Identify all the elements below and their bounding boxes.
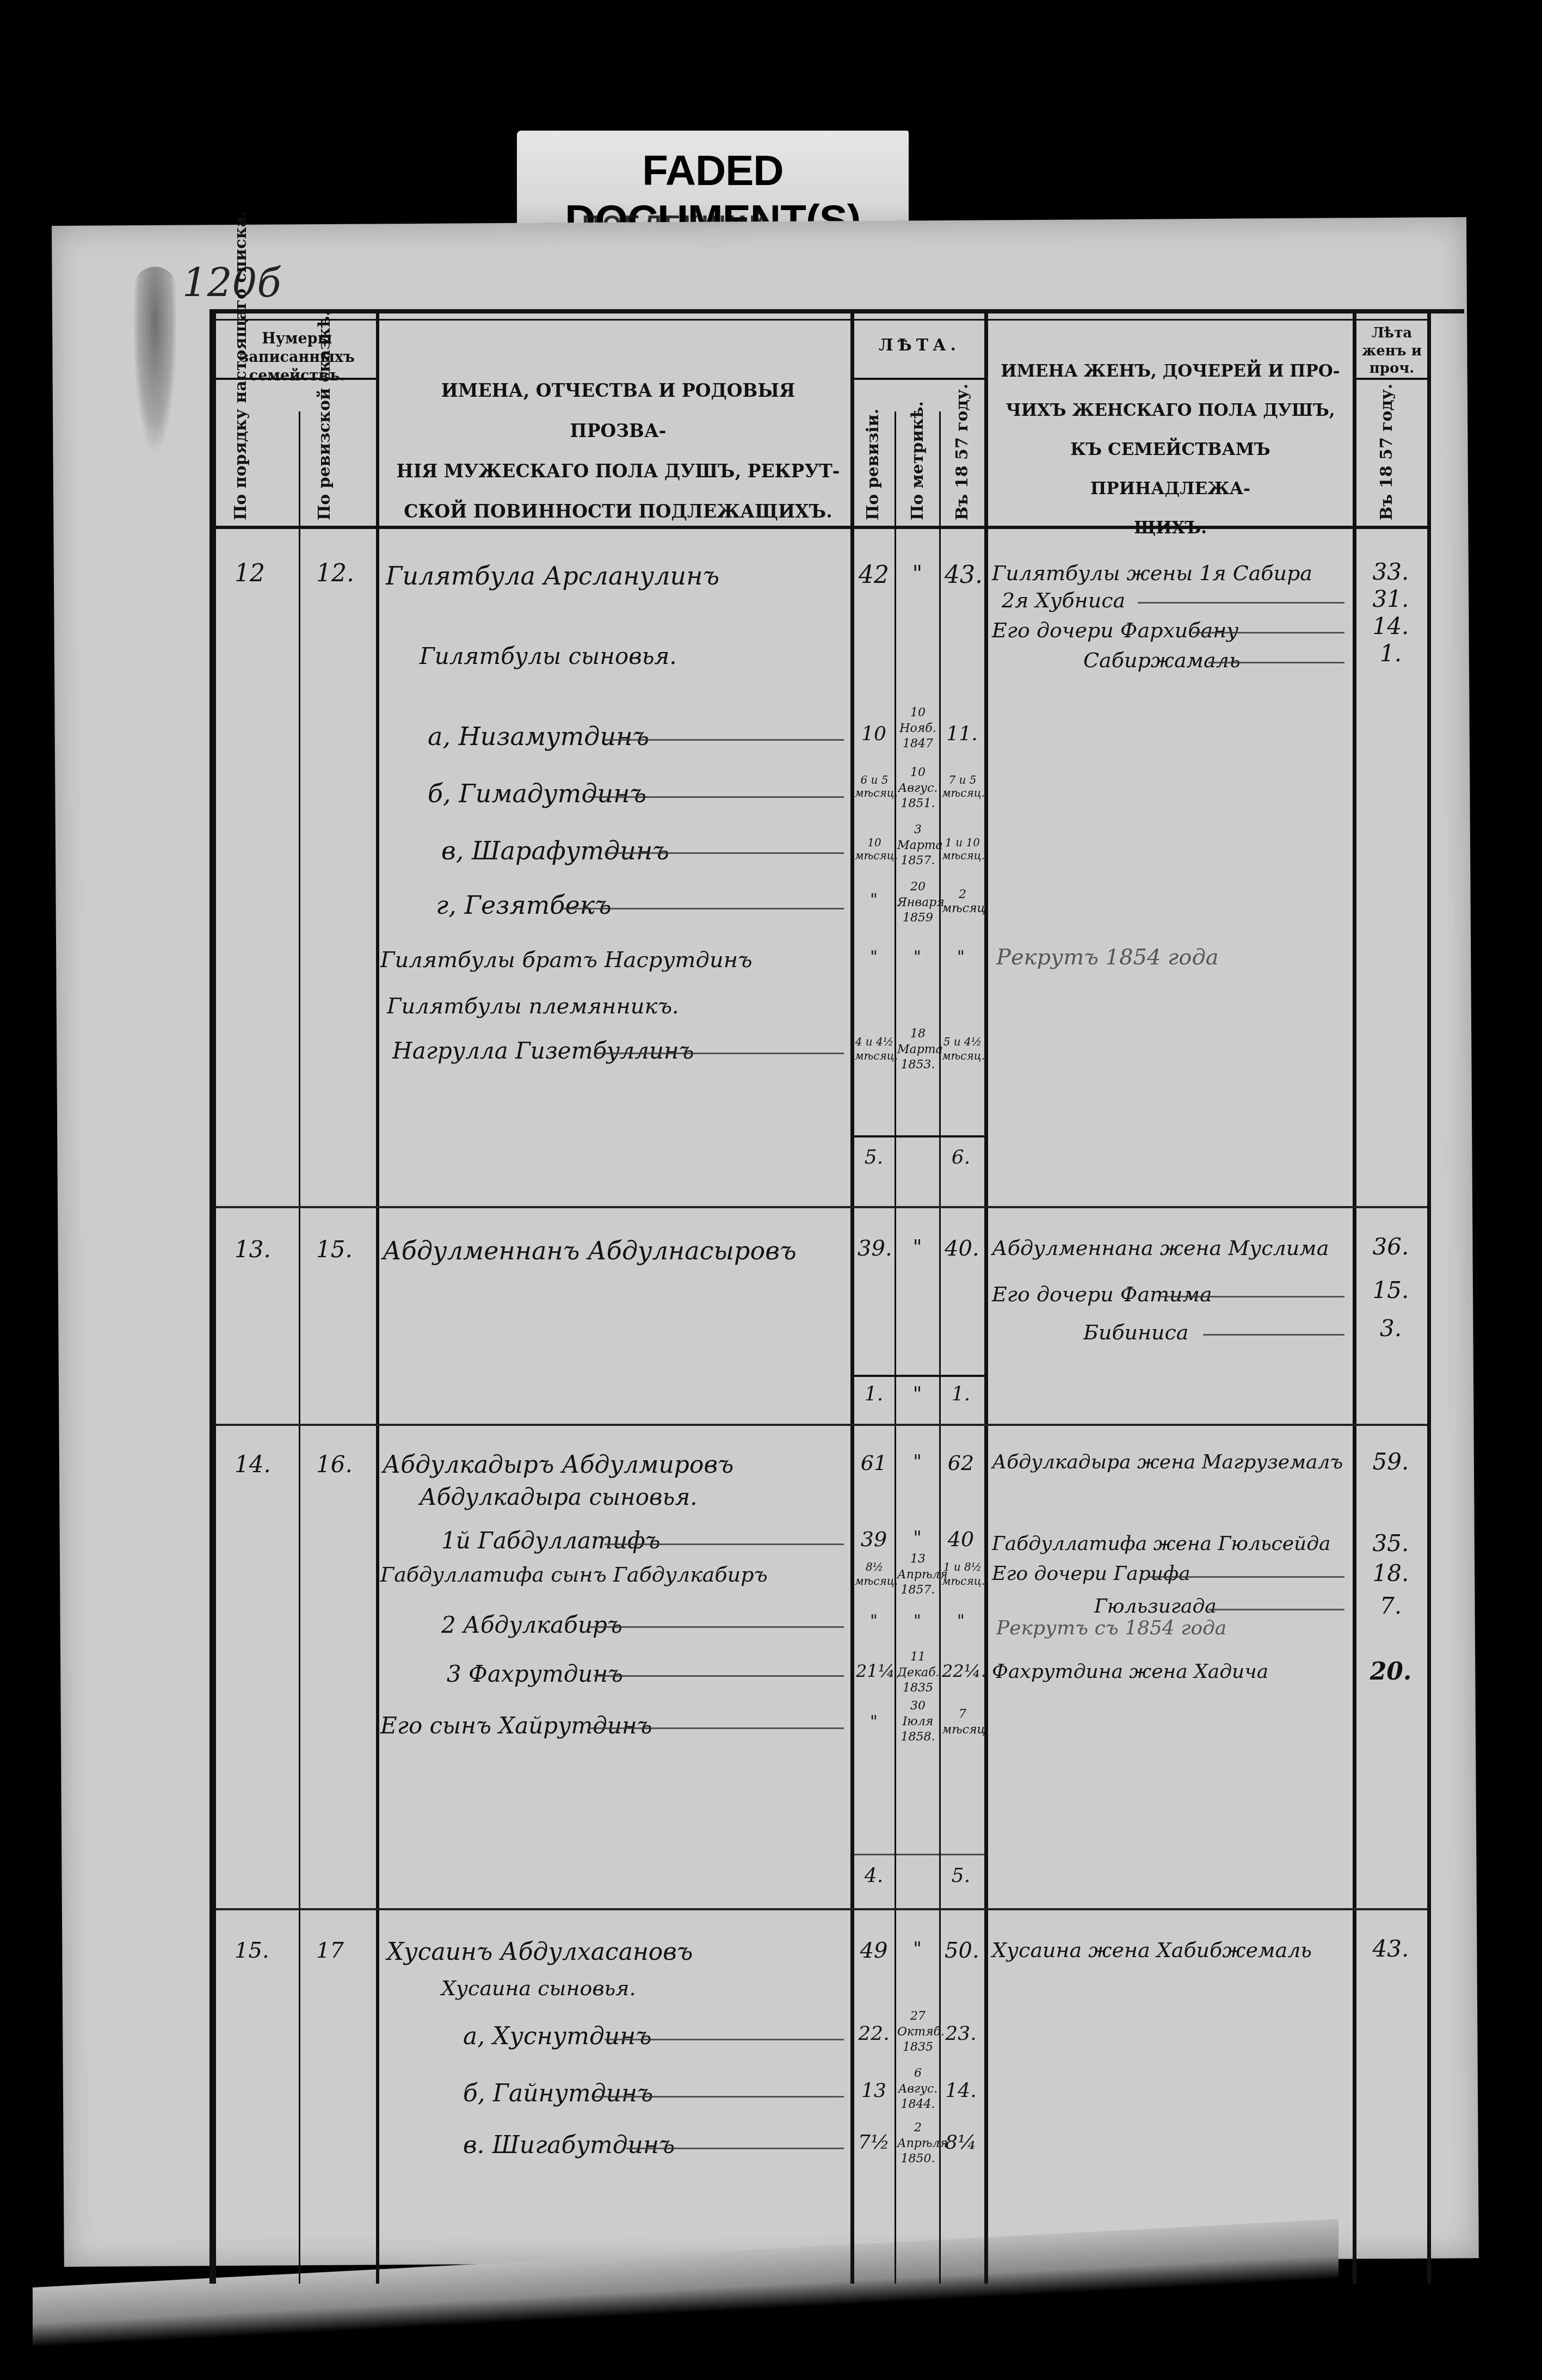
revision-table: Нумеры записанныхъ семействъ. По порядку… bbox=[209, 309, 1464, 2284]
family-list-no: 15. bbox=[235, 1938, 269, 1963]
female-name: Фахрутдина жена Хадича bbox=[992, 1661, 1268, 1683]
totals-rule bbox=[854, 1135, 984, 1137]
age-revision: 13 bbox=[858, 2080, 890, 2102]
age-in-year: 14. bbox=[945, 2080, 977, 2102]
male-name: Его сынъ Хайрутдинъ bbox=[380, 1712, 652, 1739]
leader-dash bbox=[605, 2039, 844, 2040]
header-female-years: Лѣта женъ и проч. bbox=[1358, 324, 1426, 378]
age-metric: 30 Іюля 1858. bbox=[897, 1699, 939, 1745]
female-name: Габдуллатифа жена Гюльсейда bbox=[992, 1533, 1331, 1555]
header-col-by-metric: По метрикѣ. bbox=[908, 406, 935, 520]
age-in-year: " bbox=[945, 948, 977, 967]
leader-dash bbox=[605, 739, 844, 741]
age-metric: " bbox=[901, 1612, 934, 1631]
leader-dash bbox=[594, 1675, 844, 1677]
age-revision: " bbox=[858, 1612, 890, 1631]
female-name: Его дочери Фатима bbox=[992, 1282, 1212, 1306]
age-revision: 39. bbox=[858, 1236, 890, 1261]
col-divider bbox=[850, 313, 854, 2284]
age-in-year: 40 bbox=[945, 1527, 977, 1551]
col-divider bbox=[1353, 313, 1356, 2284]
leader-dash bbox=[1138, 602, 1344, 604]
total-revision: 4. bbox=[858, 1865, 890, 1887]
age-in-year: 5 и 4½ мѣсяц. bbox=[942, 1035, 983, 1063]
age-revision: 6 и 5 мѣсяц. bbox=[855, 773, 894, 800]
age-metric: 18 Марта 1853. bbox=[897, 1026, 939, 1073]
col-divider bbox=[984, 313, 988, 2284]
col-divider bbox=[939, 411, 941, 2284]
leader-dash bbox=[605, 1543, 844, 1545]
female-age: 43. bbox=[1361, 1935, 1421, 1962]
age-revision: 7½ bbox=[858, 2131, 890, 2154]
male-name: Абдулменнанъ Абдулнасыровъ bbox=[383, 1236, 797, 1265]
age-revision: " bbox=[858, 1712, 890, 1731]
family-tale-no: 16. bbox=[316, 1451, 353, 1478]
female-age: 1. bbox=[1361, 640, 1421, 667]
female-age: 7. bbox=[1361, 1592, 1421, 1619]
header-col-revision-tale: По ревизской сказкѣ. bbox=[314, 395, 363, 520]
leader-dash bbox=[605, 852, 844, 854]
totals-rule bbox=[854, 1375, 984, 1377]
header-male-names: ИМЕНА, ОТЧЕСТВА И РОДОВЫЯ ПРОЗВА- НІЯ МУ… bbox=[392, 371, 844, 532]
age-metric: " bbox=[901, 1527, 934, 1549]
age-metric: 10 Авгус. 1851. bbox=[897, 765, 939, 812]
leader-dash bbox=[588, 1727, 844, 1729]
family-tale-no: 12. bbox=[316, 559, 354, 587]
family-separator bbox=[216, 1424, 1427, 1426]
total-in-year: 5. bbox=[945, 1865, 977, 1887]
female-name: Его дочери Гарифа bbox=[992, 1563, 1191, 1585]
totals-rule bbox=[854, 1854, 984, 1855]
male-name: Гилятбула Арсланулинъ bbox=[386, 561, 719, 591]
age-metric: 3 Марта 1857. bbox=[897, 822, 939, 869]
age-in-year: 50. bbox=[945, 1938, 977, 1963]
age-in-year: 7 мѣсяц. bbox=[942, 1707, 983, 1738]
family-separator bbox=[216, 1908, 1427, 1910]
age-in-year: 11. bbox=[943, 723, 981, 745]
header-sub-rule bbox=[1356, 378, 1427, 380]
age-in-year: 40. bbox=[945, 1236, 977, 1261]
family-tale-no: 17 bbox=[316, 1938, 344, 1963]
leader-dash bbox=[626, 2148, 844, 2149]
male-name: Гилятбулы братъ Насрутдинъ bbox=[380, 948, 753, 973]
age-metric: " bbox=[901, 561, 934, 586]
age-metric: 27 Октяб. 1835 bbox=[897, 2009, 939, 2056]
family-tale-no: 15. bbox=[316, 1236, 353, 1263]
age-in-year: 7 и 5 мѣсяц. bbox=[942, 773, 983, 800]
header-col-current-list: По порядку настоящаго списка. bbox=[230, 395, 279, 520]
male-subheading: Абдулкадыра сыновья. bbox=[420, 1484, 698, 1510]
female-age: 35. bbox=[1361, 1530, 1421, 1557]
male-name: г, Гезятбекъ bbox=[436, 890, 612, 920]
female-age: 20. bbox=[1361, 1658, 1421, 1686]
total-in-year: 6. bbox=[945, 1146, 977, 1169]
male-name: в. Шигабутдинъ bbox=[463, 2131, 675, 2159]
female-name: Гюльзигада bbox=[1094, 1595, 1217, 1618]
age-metric: " bbox=[901, 1236, 934, 1258]
age-metric: 11 Декаб. 1835 bbox=[897, 1650, 939, 1696]
male-name: Хусаинъ Абдулхасановъ bbox=[387, 1938, 693, 1966]
age-metric: " bbox=[901, 948, 934, 967]
header-male-line: НІЯ МУЖЕСКАГО ПОЛА ДУШЪ, РЕКРУТ- bbox=[392, 451, 844, 491]
leader-dash bbox=[1203, 1334, 1344, 1336]
header-col-female-in-year: Въ 18 57 году. bbox=[1377, 395, 1404, 520]
age-revision: 49 bbox=[858, 1938, 890, 1963]
faded-document-tag: FADED DOCUMENT(S) ПОБЛЕКШИЙ ДОКУМЕНТ bbox=[517, 131, 909, 234]
age-revision: " bbox=[858, 948, 890, 967]
age-revision: 10 мѣсяц. bbox=[855, 836, 894, 862]
age-revision: 21¼ bbox=[856, 1661, 892, 1681]
age-metric: 10 Нояб. 1847 bbox=[897, 705, 939, 752]
header-male-line: ИМЕНА, ОТЧЕСТВА И РОДОВЫЯ ПРОЗВА- bbox=[392, 371, 844, 451]
leader-dash bbox=[588, 796, 844, 798]
total-metric: " bbox=[901, 1383, 934, 1405]
col-divider bbox=[1427, 313, 1431, 2284]
leader-dash bbox=[1208, 1609, 1344, 1610]
male-name: 2 Абдулкабиръ bbox=[441, 1612, 622, 1638]
age-in-year: 43. bbox=[945, 561, 983, 589]
header-female-line: ЧИХЪ ЖЕНСКАГО ПОЛА ДУШЪ, bbox=[996, 391, 1344, 430]
female-age: 31. bbox=[1361, 586, 1421, 612]
family-list-no: 14. bbox=[235, 1451, 271, 1478]
male-name: а, Низамутдинъ bbox=[428, 722, 649, 751]
recruit-note: Рекрутъ съ 1854 года bbox=[996, 1617, 1226, 1639]
age-metric: 6 Авгус. 1844. bbox=[897, 2066, 939, 2113]
leader-dash bbox=[1159, 1296, 1344, 1297]
age-in-year: 62 bbox=[945, 1451, 977, 1475]
leader-dash bbox=[1208, 662, 1344, 663]
family-separator bbox=[216, 1206, 1427, 1208]
family-list-no: 12 bbox=[235, 559, 265, 587]
header-sub-rule bbox=[854, 378, 984, 380]
header-top-rule bbox=[216, 319, 1431, 321]
leader-dash bbox=[1192, 632, 1344, 634]
ink-stain bbox=[133, 267, 177, 452]
male-subheading: Гилятбулы сыновья. bbox=[420, 643, 677, 669]
header-female-line: КЪ СЕМЕЙСТВАМЪ ПРИНАДЛЕЖА- bbox=[996, 430, 1344, 508]
recruit-note: Рекрутъ 1854 года bbox=[996, 945, 1219, 970]
age-in-year: 1 и 8½ мѣсяц. bbox=[942, 1560, 983, 1588]
leader-dash bbox=[561, 908, 844, 909]
female-age: 36. bbox=[1361, 1233, 1421, 1260]
age-in-year: 2 мѣсяц. bbox=[942, 888, 983, 917]
leader-dash bbox=[594, 1053, 844, 1054]
female-age: 15. bbox=[1361, 1277, 1421, 1303]
male-subheading: Гилятбулы племянникъ. bbox=[387, 994, 679, 1019]
male-name: а, Хуснутдинъ bbox=[463, 2022, 651, 2050]
header-female-line: ИМЕНА ЖЕНЪ, ДОЧЕРЕЙ И ПРО- bbox=[996, 352, 1344, 391]
male-name: Абдулкадыръ Абдулмировъ bbox=[383, 1451, 733, 1479]
age-revision: 8½ мѣсяц. bbox=[855, 1560, 894, 1588]
age-revision: 10 bbox=[856, 723, 892, 745]
male-name: 3 Фахрутдинъ bbox=[447, 1661, 623, 1687]
female-name: 2я Хубниса bbox=[1002, 588, 1125, 612]
header-male-line: СКОЙ ПОВИННОСТИ ПОДЛЕЖАЩИХЪ. bbox=[392, 491, 844, 532]
male-name: Габдуллатифа сынъ Габдулкабиръ bbox=[380, 1563, 768, 1586]
age-revision: " bbox=[858, 890, 890, 909]
header-female-names: ИМЕНА ЖЕНЪ, ДОЧЕРЕЙ И ПРО- ЧИХЪ ЖЕНСКАГО… bbox=[996, 352, 1344, 548]
male-name: Нагрулла Гизетбуллинъ bbox=[392, 1037, 694, 1064]
age-metric: 13 Апрѣля 1857. bbox=[897, 1552, 939, 1598]
col-divider bbox=[213, 313, 216, 2284]
age-metric: 2 Апрѣля 1850. bbox=[897, 2120, 939, 2167]
leader-dash bbox=[1149, 1576, 1344, 1578]
col-divider bbox=[895, 411, 896, 2284]
female-name: Его дочери Фархибану bbox=[992, 618, 1238, 642]
age-in-year: 8¼ bbox=[945, 2131, 977, 2154]
age-in-year: 23. bbox=[945, 2022, 977, 2045]
female-name: Хусаина жена Хабибжемаль bbox=[992, 1938, 1312, 1962]
female-name: Гилятбулы жены 1я Сабира bbox=[992, 561, 1312, 585]
header-years: ЛѢТА. bbox=[855, 335, 984, 356]
age-in-year: 22¼. bbox=[942, 1661, 983, 1681]
leader-dash bbox=[594, 2096, 844, 2098]
female-age: 3. bbox=[1361, 1315, 1421, 1342]
age-revision: 39 bbox=[858, 1527, 890, 1551]
total-revision: 5. bbox=[858, 1146, 890, 1169]
col-divider bbox=[299, 411, 300, 2284]
female-age: 33. bbox=[1361, 558, 1421, 585]
header-female-line: ЩИХЪ. bbox=[996, 508, 1344, 548]
female-name: Абдулменнана жена Муслима bbox=[992, 1236, 1329, 1260]
header-col-by-revision: По ревизіи. bbox=[863, 406, 891, 520]
age-in-year: " bbox=[945, 1612, 977, 1631]
male-name: б, Гимадутдинъ bbox=[428, 779, 646, 808]
male-subheading: Хусаина сыновья. bbox=[441, 1976, 636, 2000]
age-metric: " bbox=[901, 1451, 934, 1473]
female-age: 14. bbox=[1361, 613, 1421, 639]
age-revision: 4 и 4½ мѣсяц. bbox=[855, 1035, 894, 1063]
leader-dash bbox=[588, 1626, 844, 1628]
male-name: 1й Габдуллатифъ bbox=[441, 1527, 661, 1554]
female-name: Сабиржамаль bbox=[1083, 648, 1241, 672]
total-in-year: 1. bbox=[945, 1383, 977, 1405]
age-metric: " bbox=[901, 1938, 934, 1960]
age-revision: 61 bbox=[858, 1451, 890, 1475]
female-name: Бибиниса bbox=[1083, 1320, 1189, 1344]
header-col-in-year: Въ 18 57 году. bbox=[953, 395, 980, 520]
family-list-no: 13. bbox=[235, 1236, 271, 1263]
total-revision: 1. bbox=[858, 1383, 890, 1405]
age-in-year: 1 и 10 мѣсяц. bbox=[942, 836, 983, 862]
age-revision: 22. bbox=[858, 2022, 890, 2045]
female-name: Абдулкадыра жена Магруземалъ bbox=[992, 1451, 1343, 1473]
col-divider bbox=[376, 313, 379, 2284]
female-age: 59. bbox=[1361, 1448, 1421, 1475]
male-name: б, Гайнутдинъ bbox=[463, 2080, 653, 2107]
male-name: в, Шарафутдинъ bbox=[441, 836, 669, 865]
age-metric: 20 Января 1859 bbox=[897, 880, 939, 926]
age-revision: 42 bbox=[858, 561, 890, 589]
female-age: 18. bbox=[1361, 1560, 1421, 1586]
